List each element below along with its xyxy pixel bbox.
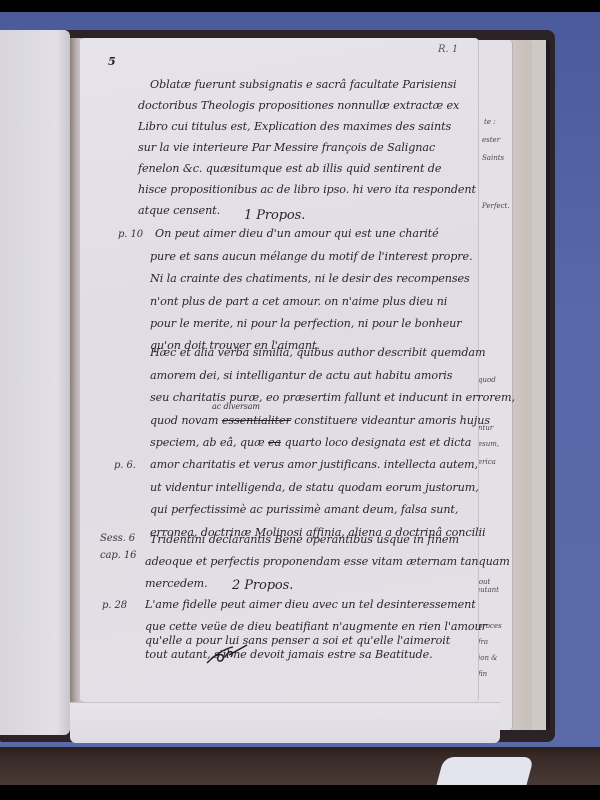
proposition-1-heading: 1 Propos. — [244, 208, 305, 223]
proposition-line: On peut aimer dieu d'un amour qui est un… — [155, 227, 439, 240]
folio-number: 5 — [108, 55, 116, 68]
fragment: fra — [478, 638, 488, 646]
paraph-flourish-icon — [205, 643, 249, 665]
fragment: ester — [482, 136, 500, 144]
censure-line: Hæc et alia verba similia, quibus author… — [150, 346, 486, 359]
censure-line: qui perfectissimè ac purissimè amant deu… — [150, 503, 458, 516]
censure-line: amor charitatis et verus amor justifican… — [150, 458, 478, 471]
preamble-line: Libro cui titulus est, Explication des m… — [138, 120, 451, 133]
censure-line: Tridentini declarantis Bene operantibus … — [150, 533, 459, 546]
interlinear-insertion: ac diversam — [212, 402, 260, 411]
fragment: fin — [478, 670, 487, 678]
censure-line: speciem, ab eâ, quæ ea quarto loco desig… — [150, 436, 471, 449]
fragment: ion & — [478, 654, 497, 662]
struck-word: essentialiter — [222, 414, 291, 427]
text: speciem, ab eâ, quæ — [150, 436, 264, 449]
margin-reference: Sess. 6 — [100, 533, 135, 544]
censure-line: amorem dei, si intelligantur de actu aut… — [150, 369, 452, 382]
censure-line: ut videntur intelligenda, de statu quoda… — [150, 481, 479, 494]
proposition-line: qu'elle a pour lui sans penser a soi et … — [145, 634, 450, 647]
preamble-line: doctoribus Theologis propositiones nonnu… — [138, 99, 459, 112]
censure-line: seu charitatis puræ, eo præsertim fallun… — [150, 391, 515, 404]
margin-reference: p. 6. — [114, 460, 136, 471]
preamble-line: sur la vie interieure Par Messire franço… — [138, 141, 435, 154]
struck-word: ea — [268, 436, 281, 449]
fragment: Saints — [482, 154, 504, 162]
fragment: esum, — [478, 440, 499, 448]
censure-line: quod novam essentialiter constituere vid… — [150, 414, 490, 427]
censure-line: mercedem. — [145, 577, 208, 590]
proposition-line: tout autant, s'il ne devoit jamais estre… — [145, 648, 433, 661]
fragment: Perfect. — [482, 202, 510, 210]
proposition-2-heading: 2 Propos. — [232, 578, 293, 593]
censure-line: adeoque et perfectis proponendam esse vi… — [145, 555, 510, 568]
fragment: quod — [478, 376, 496, 384]
proposition-line: que cette veüe de dieu beatifiant n'augm… — [145, 620, 487, 633]
text: quod novam — [150, 414, 218, 427]
page-lower-fold — [70, 702, 500, 743]
cloth — [436, 757, 534, 785]
corner-mark: R. 1 — [438, 44, 458, 55]
proposition-line: L'ame fidelle peut aimer dieu avec un te… — [145, 598, 476, 611]
text: quarto loco designata est et dicta — [285, 436, 472, 449]
text: constituere videantur amoris hujus — [294, 414, 490, 427]
fragment: te : — [484, 118, 496, 126]
left-facing-page — [0, 30, 70, 735]
preamble-line: Oblatæ fuerunt subsignatis e sacrâ facul… — [150, 78, 456, 91]
preamble-line: hisce propositionibus ac de libro ipso. … — [138, 183, 476, 196]
proposition-line: pour le merite, ni pour la perfection, n… — [150, 317, 461, 330]
proposition-line: n'ont plus de part a cet amour. on n'aim… — [150, 295, 447, 308]
proposition-line: pure et sans aucun mélange du motif de l… — [150, 250, 473, 263]
margin-reference: p. 28 — [102, 600, 127, 611]
fragment: erica — [478, 458, 496, 466]
margin-reference: p. 10 — [118, 229, 143, 240]
proposition-line: Ni la crainte des chatiments, ni le desi… — [150, 272, 470, 285]
margin-reference: cap. 16 — [100, 550, 136, 561]
preamble-line: atque censent. — [138, 204, 220, 217]
preamble-line: fenelon &c. quæsitumque est ab illis qui… — [138, 162, 441, 175]
fragment: tout autant — [476, 578, 512, 594]
